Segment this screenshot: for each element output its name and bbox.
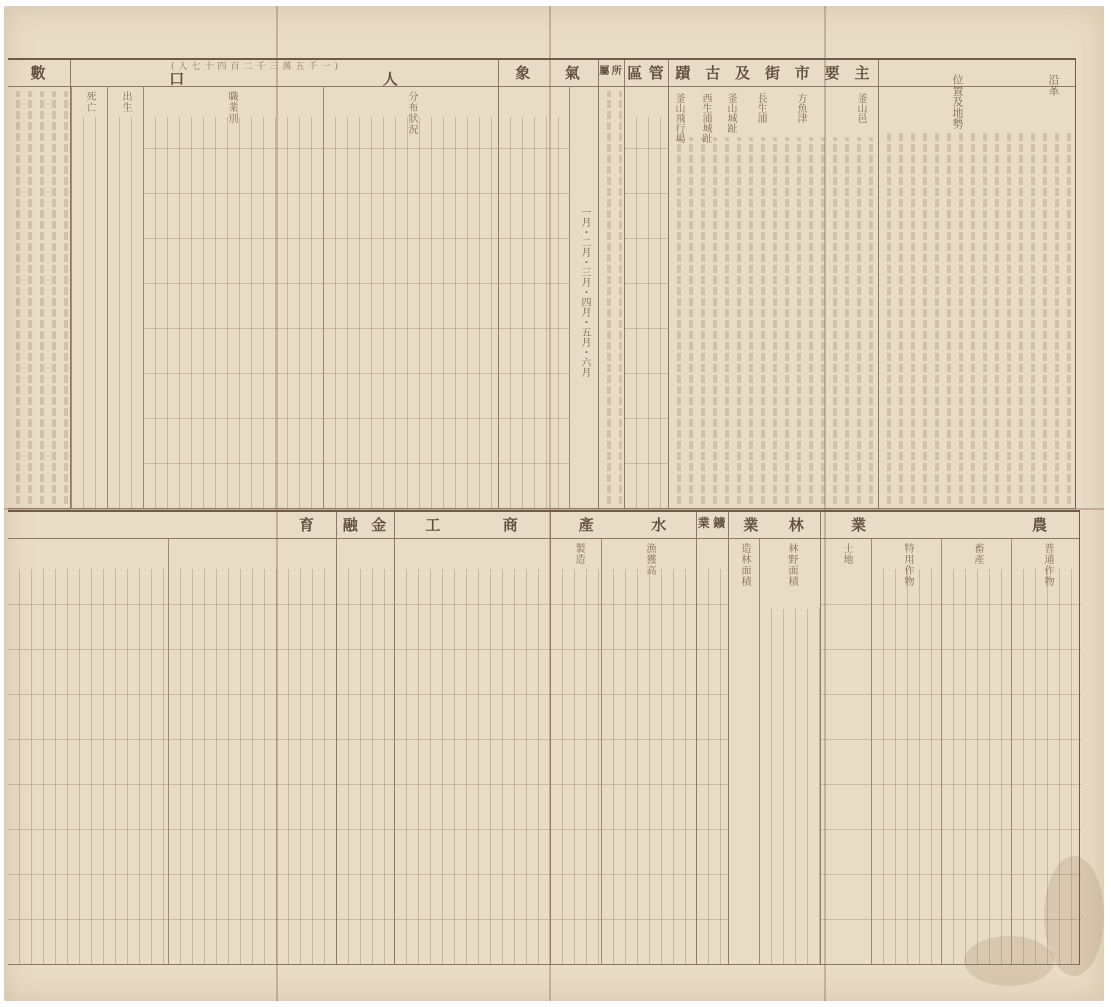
section-commerce-industry: 工商 [394,512,550,964]
section-title: 業鑛 [697,514,728,531]
section-forestry: 業林 造林面積 林野面積 [728,512,820,964]
section-title: 數 [8,62,70,83]
subsection-manufacture: 製造 [571,543,586,565]
section-title: 育 [8,514,336,535]
section-title: 區管 [625,62,668,83]
entry-heading: 釜山城趾 [723,93,738,133]
section-education: 育 [8,512,336,964]
section-jurisdiction: 區管 [624,60,668,508]
entry-heading: 長生浦 [753,93,768,123]
section-title: 業林 [729,514,820,535]
subsection-land: 土地 [839,543,854,565]
history-heading: 沿革 [1045,74,1061,96]
section-main-towns: 蹟古及街市要主 釜山邑 方魚津 長生浦 釜山城趾 西生浦城趾 釜山飛行場 [668,60,878,508]
subsection-afforestation: 造林面積 [737,543,752,587]
section-population: (人七十四百二千三萬五千一) 口人 死亡 出生 職業別 分布狀況 [70,60,498,508]
entry-heading: 方魚津 [793,93,808,123]
top-panel: 數 (人七十四百二千三萬五千一) 口人 死亡 出生 職業別 分布狀況 象氣 一月… [8,58,1076,509]
document-sheet: 數 (人七十四百二千三萬五千一) 口人 死亡 出生 職業別 分布狀況 象氣 一月… [4,6,1104,1001]
section-mining: 業鑛 [696,512,728,964]
section-history: 沿革 位置及地勢 [878,60,1076,508]
section-title: 象氣 [499,62,598,83]
section-weather: 象氣 一月・二月・三月・四月・五月・六月 [498,60,598,508]
section-fisheries: 產水 製造 漁獲高 [550,512,696,964]
section-affiliation: 屬所 [598,60,624,508]
section-title: 業農 [821,514,1079,535]
section-title: 融金 [337,514,394,535]
subsection-birth: 出生 [118,91,133,113]
subsection-forest-area: 林野面積 [784,543,799,587]
weather-months: 一月・二月・三月・四月・五月・六月 [578,207,590,377]
subsection-livestock: 畜產 [970,543,985,565]
section-agriculture: 業農 土地 特用作物 畜產 普通作物 [820,512,1080,964]
location-heading: 位置及地勢 [949,74,965,129]
section-count: 數 [8,60,70,508]
section-title: 產水 [551,514,696,535]
entry-heading: 釜山飛行場 [671,93,686,143]
subsection-death: 死亡 [82,91,97,113]
entry-heading: 西生浦城趾 [698,93,713,143]
section-title: 蹟古及街市要主 [669,62,878,83]
section-finance: 融金 [336,512,394,964]
section-title: 屬所 [599,62,624,77]
entry-heading: 釜山邑 [853,93,868,123]
section-title: 口人 [71,68,498,89]
bottom-panel: 育 融金 工商 產水 製造 漁獲高 業鑛 業林 造林面積 林野 [8,510,1080,965]
section-title: 工商 [395,514,550,535]
